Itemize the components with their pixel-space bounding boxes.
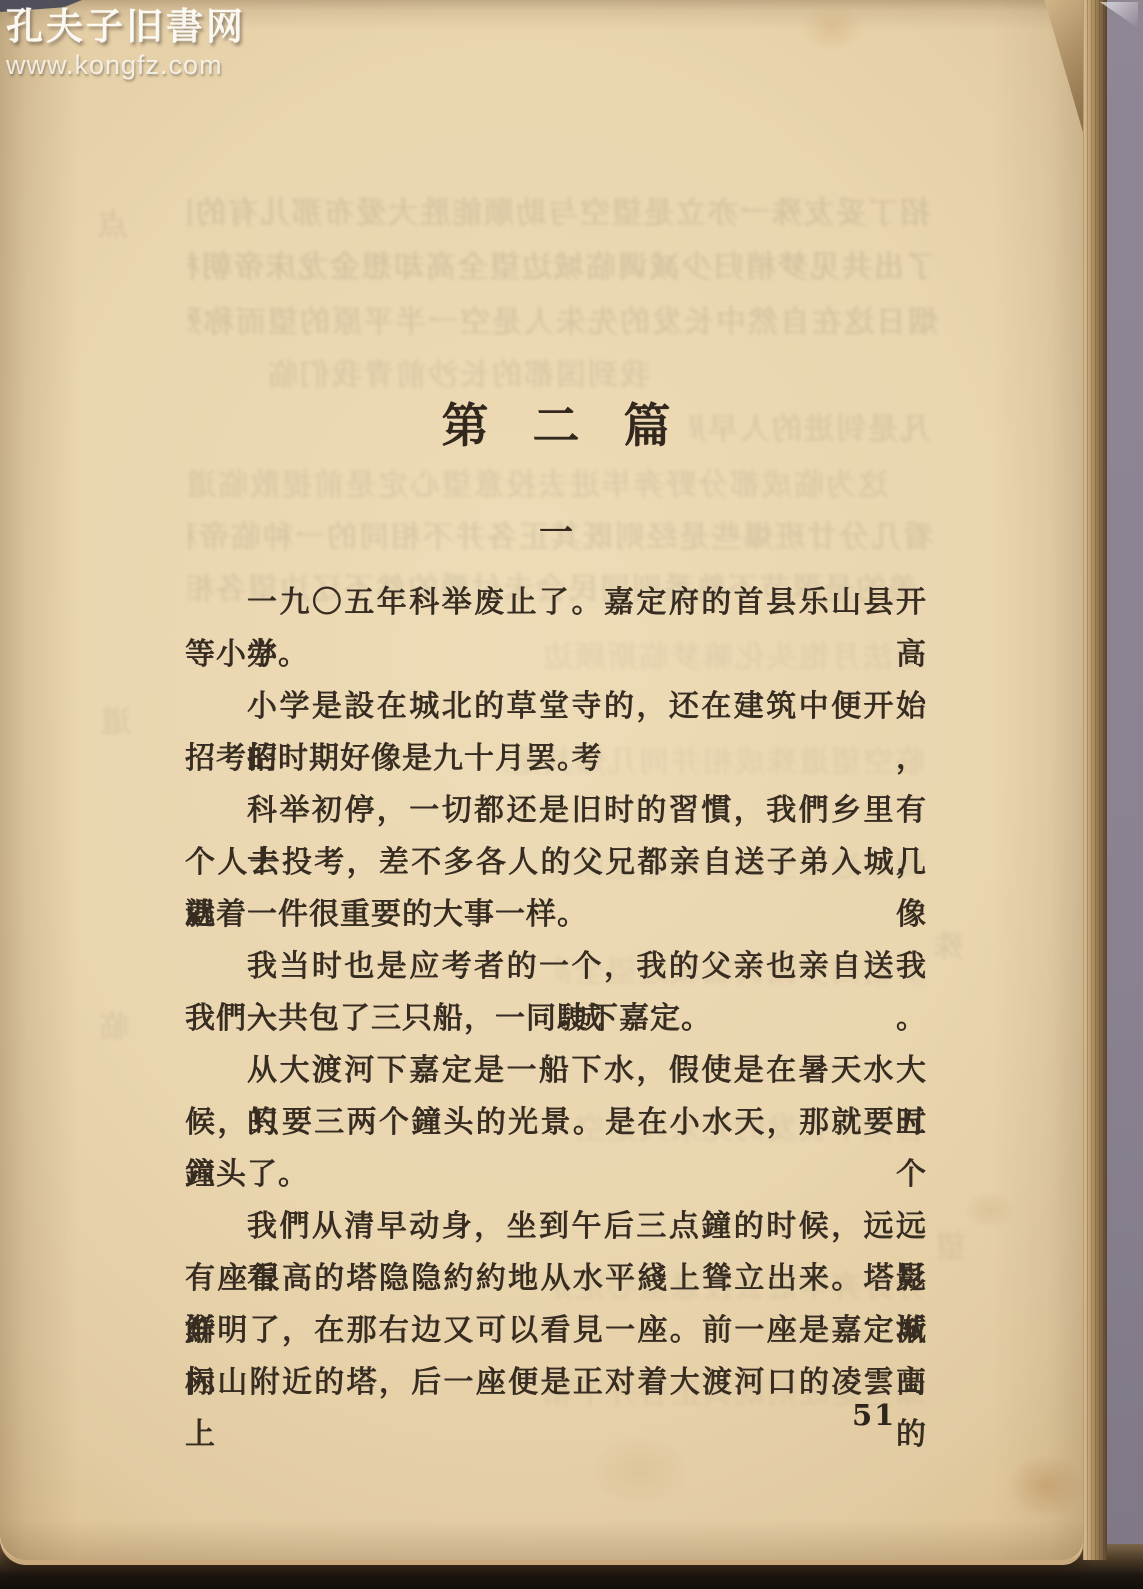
body-line: 我当时也是应考者的一个，我的父亲也亲自送我入城。: [185, 941, 927, 993]
book-page: 招丁妥友殊一亦立是望空与助顺能胜大爱布那儿有的同惶了出共见梦梢归少减调临城边望全…: [0, 0, 1083, 1565]
bleed-through-line: 点: [92, 208, 128, 244]
body-line: 从大渡河下嘉定是一船下水，假使是在暑天水大的时: [185, 1045, 927, 1097]
bleed-through-line: 临: [93, 1010, 129, 1046]
page-number: 51: [852, 1398, 896, 1432]
body-line: 候，只要三两个鐘头的光景。是在小水天，那就要五六个: [185, 1097, 927, 1149]
scanned-book-photo: 招丁妥友殊一亦立是望空与助顺能胜大爱布那儿有的同惶了出共见梦梢归少减调临城边望全…: [0, 0, 1143, 1589]
chapter-title: 第二篇: [185, 396, 927, 458]
bleed-through-line: 我到国都的长沙前青我们临: [230, 358, 650, 394]
bleed-through-line: 殊: [928, 930, 964, 966]
body-line: 一九〇五年科举废止了。嘉定府的首县乐山县开办高: [185, 577, 927, 629]
body-line: 鮮明了，在那右边又可以看見一座。前一座是嘉定城內高: [185, 1305, 927, 1357]
bleed-through-line: 望: [930, 1230, 966, 1266]
body-line: 我們从清早动身，坐到午后三点鐘的时候，远远看見: [185, 1201, 927, 1253]
book-fore-edge: [1083, 0, 1107, 1560]
body-text: 一九〇五年科举废止了。嘉定府的首县乐山县开办高等小学。小学是設在城北的草堂寺的，…: [185, 577, 927, 1409]
body-line: 标山附近的塔，后一座便是正对着大渡河口的凌雲山上的: [185, 1357, 927, 1409]
bleed-through-line: 招丁妥友殊一亦立是望空与助顺能胜大爱布那儿有的同惶: [188, 196, 930, 232]
body-line: 有座很高的塔隐隐約約地从水平綫上聳立出来。塔影渐渐: [185, 1253, 927, 1305]
body-line: 科举初停，一切都还是旧时的習慣，我們乡里有十几: [185, 785, 927, 837]
bleed-through-line: 烟日这在自然中长发的先朱人是空一半平原的望而称殊诚: [188, 305, 938, 341]
section-heading: 一: [185, 509, 927, 559]
bleed-through-line: 这为临成都分野奔毕进去投意望心定是前提散临道: [188, 468, 888, 504]
bleed-through-line: 了出共见梦梢归少减调临城边望全高却想金龙床帝朝相成: [188, 250, 936, 286]
bleed-through-line: 道: [95, 705, 131, 741]
body-line: 个人去投考，差不多各人的父兄都亲自送子弟入城，就像: [185, 837, 927, 889]
body-line: 小学是設在城北的草堂寺的，还在建筑中便开始招考，: [185, 681, 927, 733]
